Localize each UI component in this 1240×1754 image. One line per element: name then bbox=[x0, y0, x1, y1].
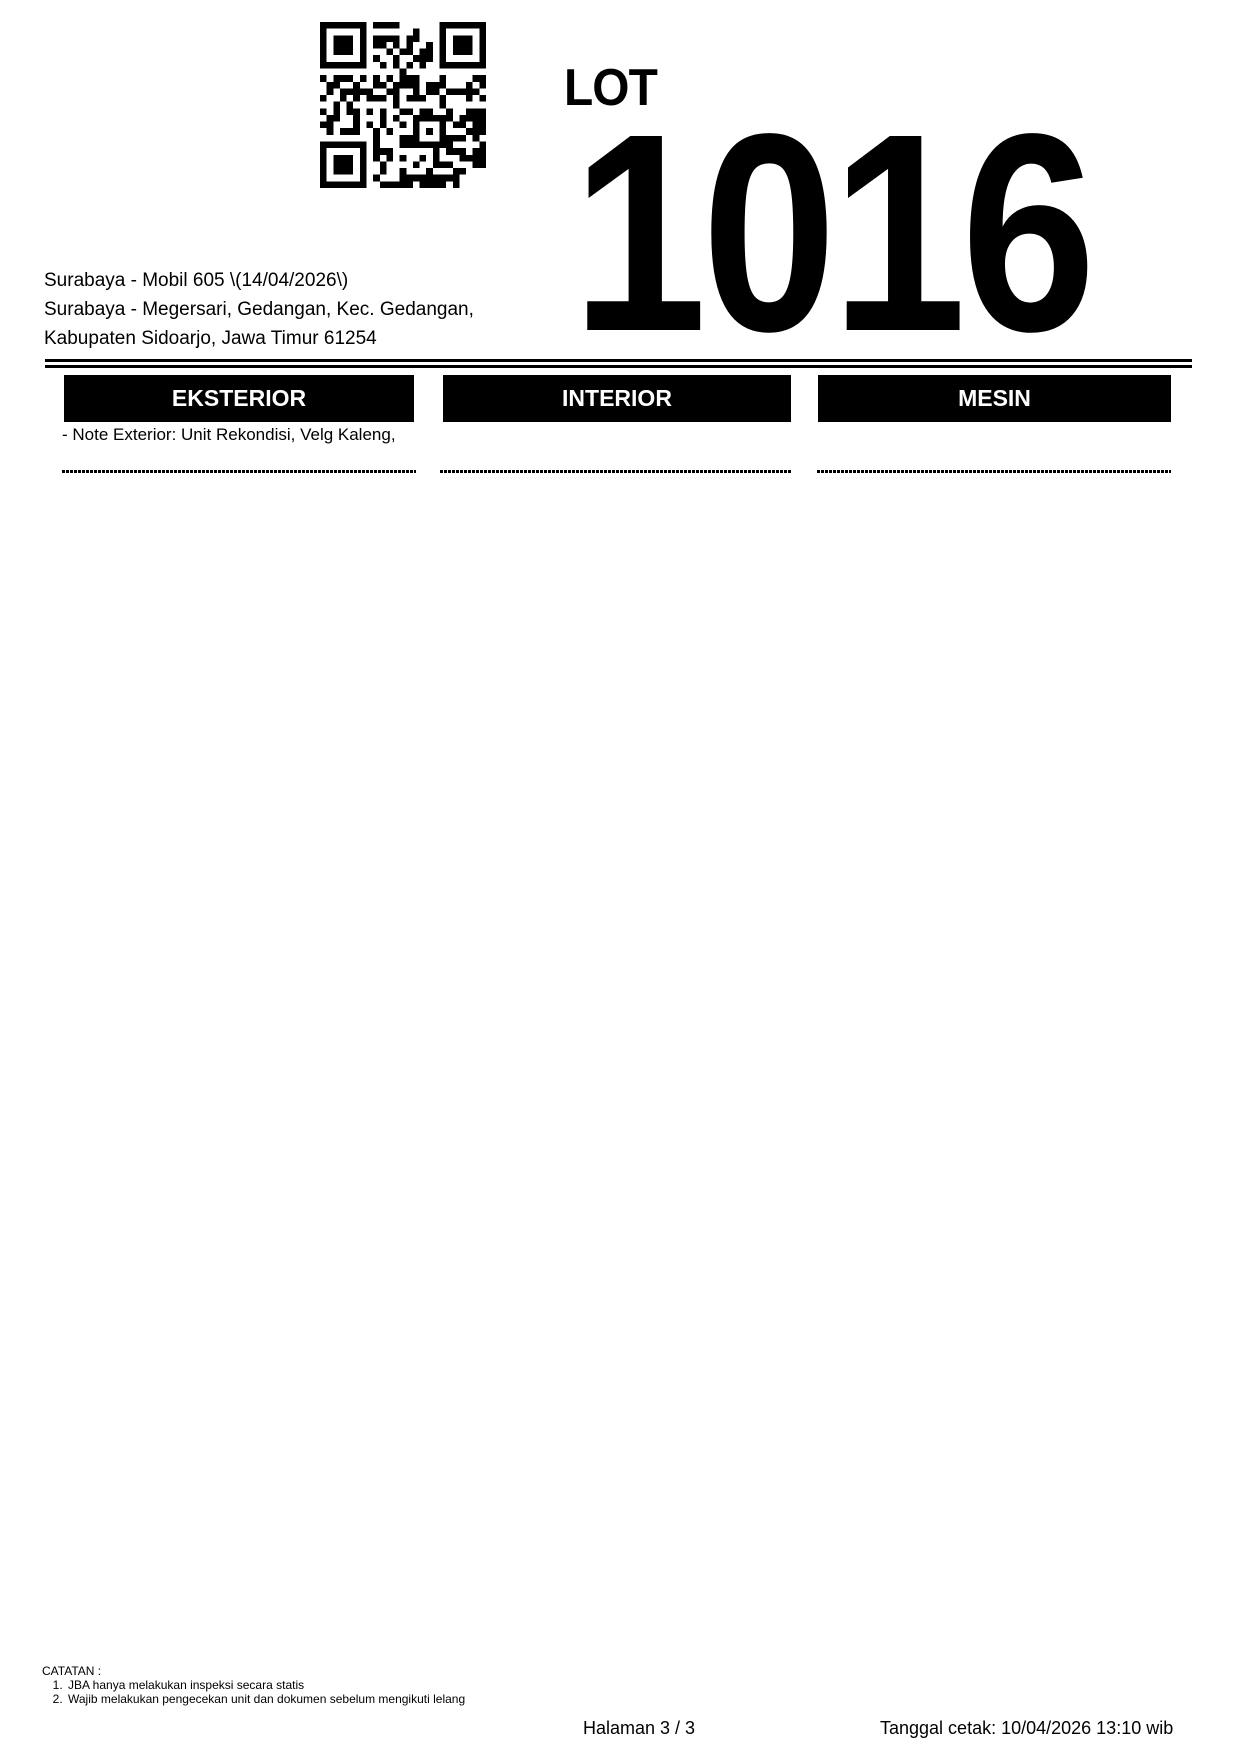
section-header: INTERIOR bbox=[443, 375, 791, 422]
qr-code-icon bbox=[320, 22, 486, 188]
page-number: Halaman 3 / 3 bbox=[583, 1718, 695, 1739]
location-address: Surabaya - Mobil 605 \(14/04/2026\) Sura… bbox=[44, 266, 474, 353]
section-mesin: MESIN bbox=[818, 375, 1171, 422]
notes-title: CATATAN : bbox=[42, 1664, 465, 1678]
section-eksterior: EKSTERIOR - Note Exterior: Unit Rekondis… bbox=[64, 375, 414, 422]
address-line-2: Surabaya - Megersari, Gedangan, Kec. Ged… bbox=[44, 295, 474, 324]
section-header: EKSTERIOR bbox=[64, 375, 414, 422]
note-item: JBA hanya melakukan inspeksi secara stat… bbox=[66, 1678, 465, 1692]
dotted-divider bbox=[440, 470, 791, 473]
section-interior: INTERIOR bbox=[443, 375, 791, 422]
notes: CATATAN : JBA hanya melakukan inspeksi s… bbox=[42, 1664, 465, 1706]
dotted-divider bbox=[817, 470, 1171, 473]
header-divider-bottom bbox=[45, 365, 1192, 368]
section-content: - Note Exterior: Unit Rekondisi, Velg Ka… bbox=[62, 425, 402, 445]
header-divider-top bbox=[45, 359, 1192, 362]
lot-number: 1016 bbox=[572, 92, 1091, 374]
dotted-divider bbox=[62, 470, 416, 473]
print-date: Tanggal cetak: 10/04/2026 13:10 wib bbox=[880, 1718, 1173, 1739]
address-line-1: Surabaya - Mobil 605 \(14/04/2026\) bbox=[44, 266, 474, 295]
note-item: Wajib melakukan pengecekan unit dan doku… bbox=[66, 1692, 465, 1706]
section-header: MESIN bbox=[818, 375, 1171, 422]
address-line-3: Kabupaten Sidoarjo, Jawa Timur 61254 bbox=[44, 324, 474, 353]
